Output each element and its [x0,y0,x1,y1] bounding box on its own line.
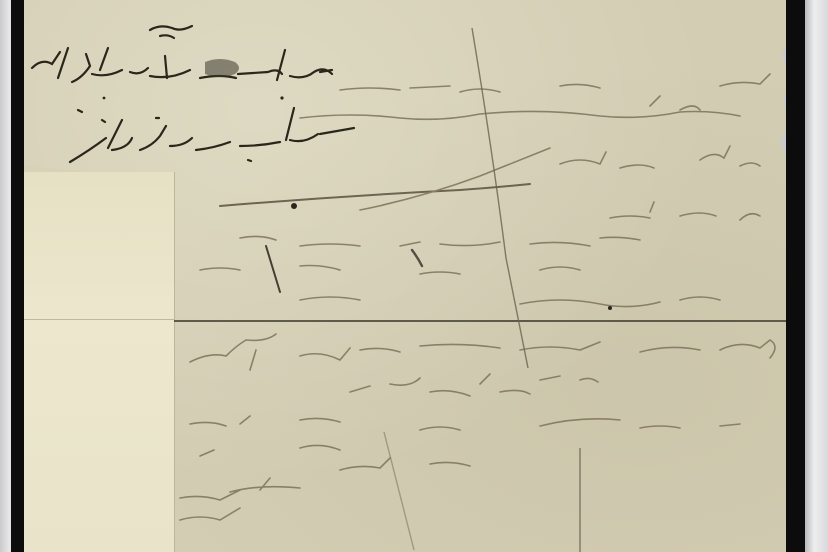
pasted-paper-patch [24,172,175,552]
scan-backing-left [11,0,25,552]
horizontal-ruled-line [174,320,786,322]
viewer-right-edge [805,0,828,552]
document-viewer: handwritten manuscript scan [0,0,828,552]
patch-crease [24,319,174,320]
